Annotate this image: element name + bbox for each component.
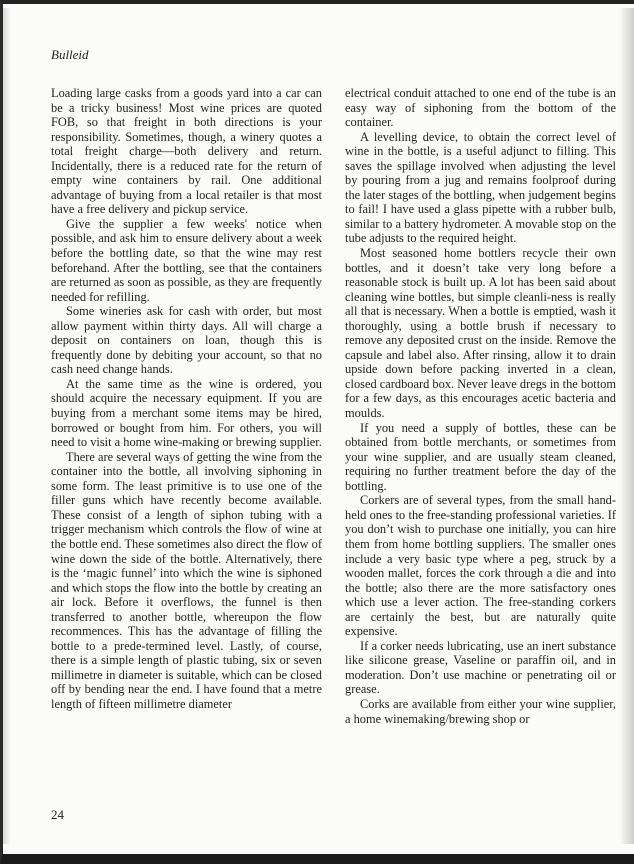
paragraph: electrical conduit attached to one end o… bbox=[345, 86, 616, 130]
paragraph: Corks are available from either your win… bbox=[345, 697, 616, 726]
paragraph: Most seasoned home bottlers recycle thei… bbox=[345, 246, 616, 421]
paragraph: At the same time as the wine is ordered,… bbox=[51, 377, 322, 450]
paragraph: If a corker needs lubricating, use an in… bbox=[345, 639, 616, 697]
paragraph: Give the supplier a few weeks' notice wh… bbox=[51, 217, 322, 304]
paragraph: If you need a supply of bottles, these c… bbox=[345, 421, 616, 494]
paragraph: A levelling device, to obtain the correc… bbox=[345, 130, 616, 246]
book-page: Bulleid Loading large casks from a goods… bbox=[0, 0, 634, 864]
spine-shadow bbox=[620, 8, 634, 844]
right-column: electrical conduit attached to one end o… bbox=[345, 86, 616, 726]
paragraph: Some wineries ask for cash with order, b… bbox=[51, 304, 322, 377]
page-number: 24 bbox=[51, 807, 64, 823]
paragraph: Loading large casks from a goods yard in… bbox=[51, 86, 322, 217]
page-edge-shadow bbox=[3, 8, 11, 844]
left-column: Loading large casks from a goods yard in… bbox=[51, 86, 322, 712]
running-head: Bulleid bbox=[51, 47, 89, 63]
paragraph: Corkers are of several types, from the s… bbox=[345, 493, 616, 638]
paragraph: There are several ways of getting the wi… bbox=[51, 450, 322, 712]
